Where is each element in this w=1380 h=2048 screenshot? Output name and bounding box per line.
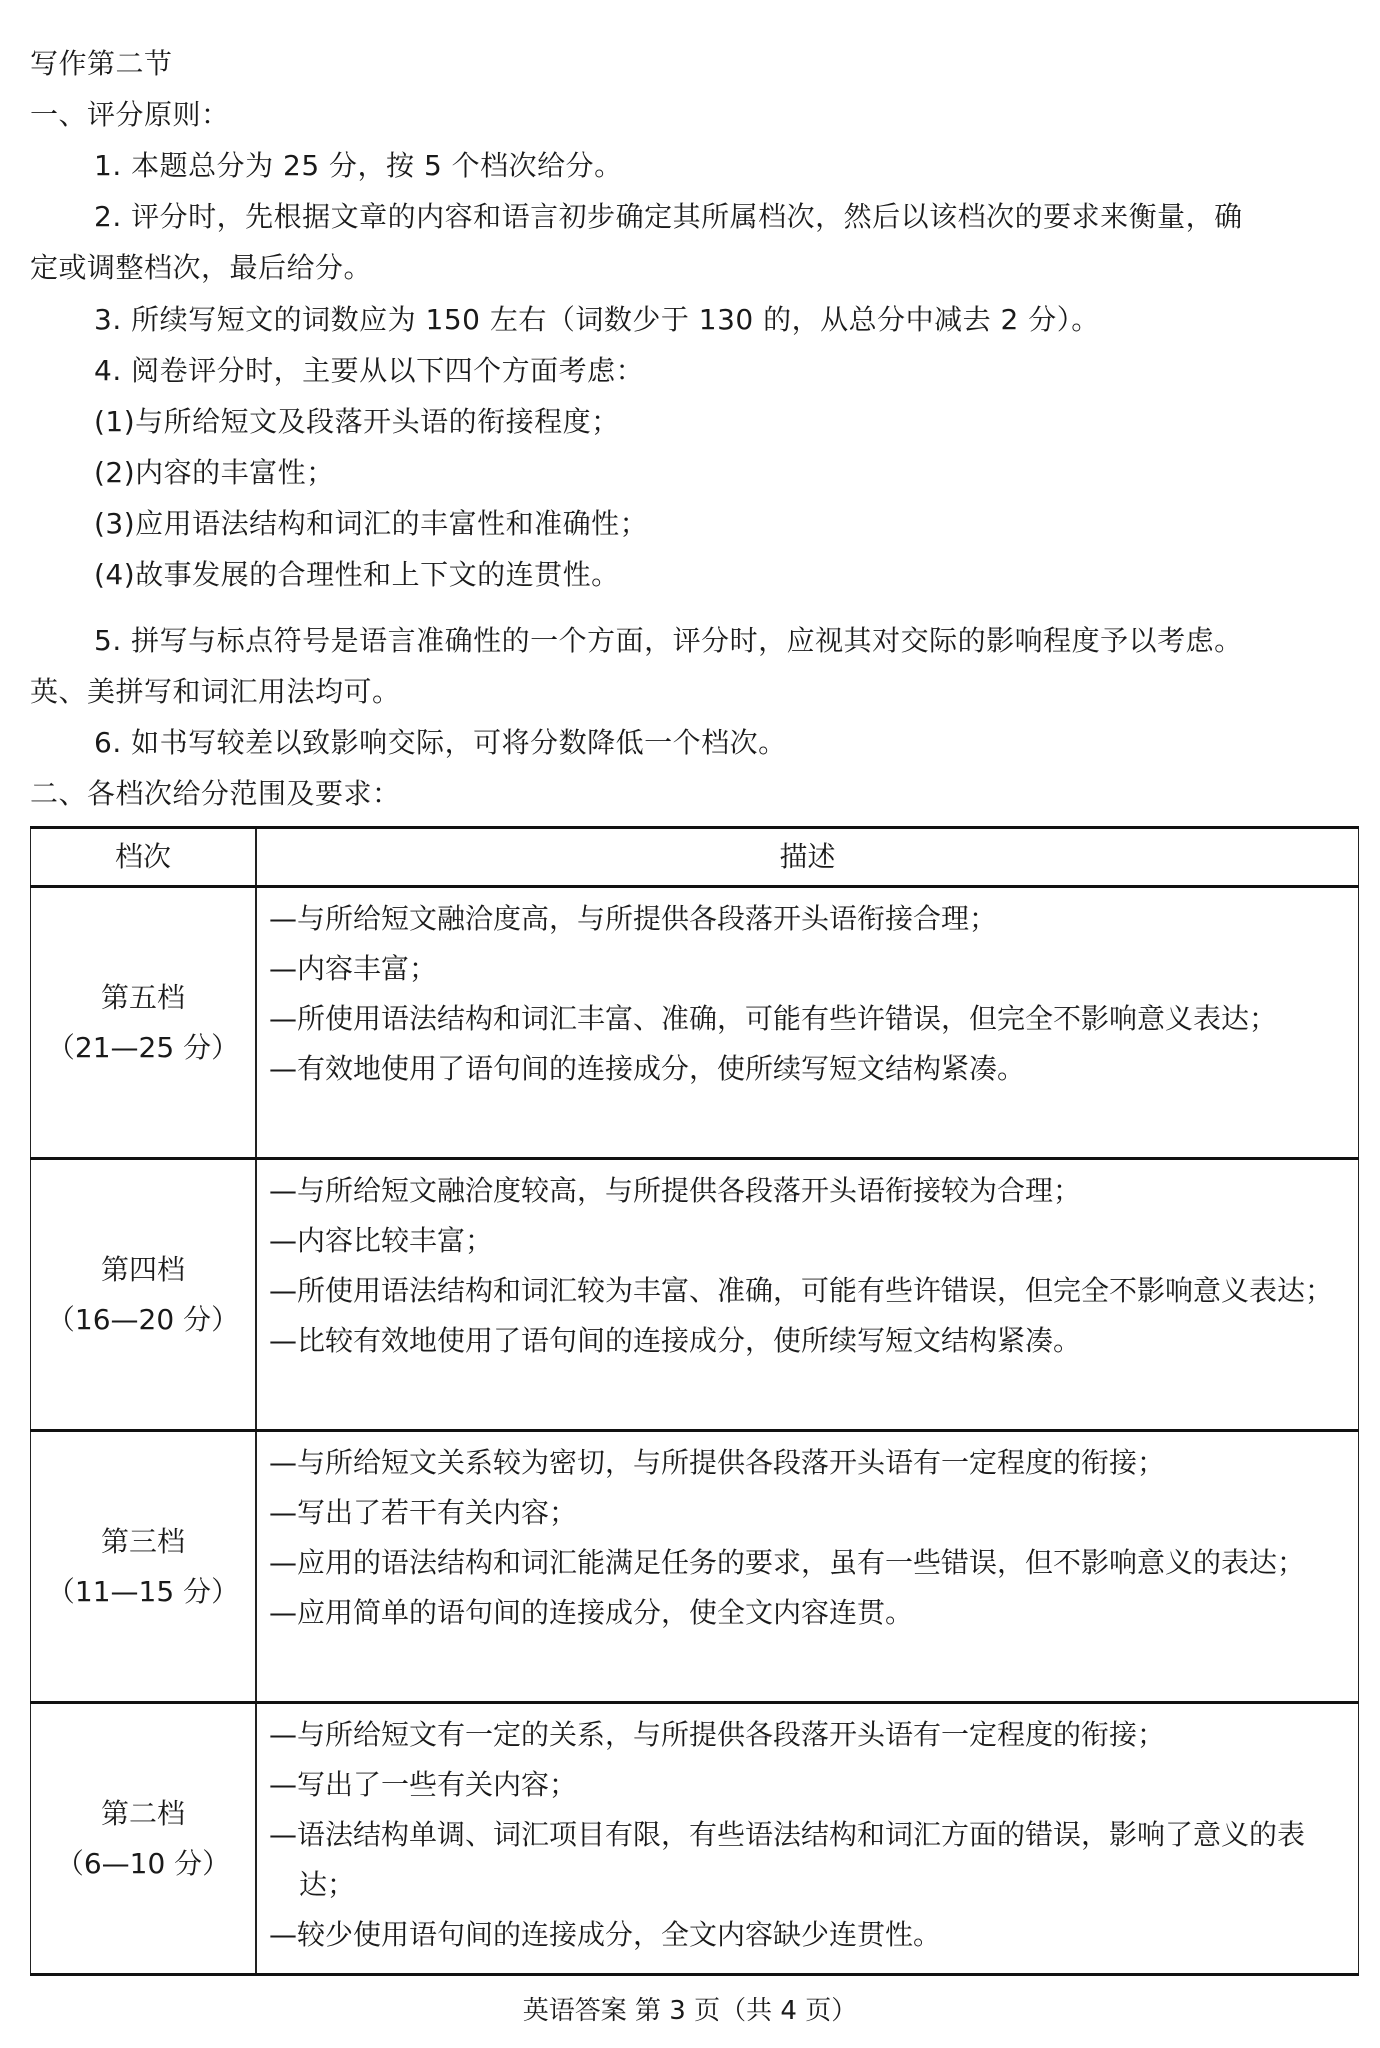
level-range: （16—20 分） (32, 1295, 254, 1345)
table-row-level-2: 第二档 （6—10 分） —与所给短文有一定的关系，与所提供各段落开头语有一定程… (31, 1703, 1359, 1975)
description-item: —语法结构单调、词汇项目有限，有些语法结构和词汇方面的错误，影响了意义的表达； (269, 1810, 1350, 1910)
description-cell: —与所给短文融洽度高，与所提供各段落开头语衔接合理； —内容丰富； —所使用语法… (256, 887, 1359, 1159)
level-cell: 第四档 （16—20 分） (31, 1159, 257, 1431)
rule-6: 6. 如书写较差以致影响交际，可将分数降低一个档次。 (94, 725, 787, 761)
description-item: —与所给短文融洽度高，与所提供各段落开头语衔接合理； (269, 894, 1350, 944)
rule-5: 5. 拼写与标点符号是语言准确性的一个方面，评分时，应视其对交际的影响程度予以考… (94, 623, 1243, 659)
rule-3: 3. 所续写短文的词数应为 150 左右（词数少于 130 的，从总分中减去 2… (94, 302, 1100, 338)
level-cell: 第五档 （21—25 分） (31, 887, 257, 1159)
description-item: —较少使用语句间的连接成分，全文内容缺少连贯性。 (269, 1910, 1350, 1960)
rule-4: 4. 阅卷评分时，主要从以下四个方面考虑： (94, 353, 644, 389)
level-cell: 第三档 （11—15 分） (31, 1431, 257, 1703)
rule-4-item-3: (3)应用语法结构和词汇的丰富性和准确性； (94, 506, 648, 542)
rule-2-cont: 定或调整档次，最后给分。 (30, 250, 372, 286)
rule-2: 2. 评分时，先根据文章的内容和语言初步确定其所属档次，然后以该档次的要求来衡量… (94, 199, 1243, 235)
description-cell: —与所给短文有一定的关系，与所提供各段落开头语有一定程度的衔接； —写出了一些有… (256, 1703, 1359, 1975)
level-range: （6—10 分） (32, 1839, 254, 1889)
level-range: （11—15 分） (32, 1567, 254, 1617)
description-item: —与所给短文关系较为密切，与所提供各段落开头语有一定程度的衔接； (269, 1438, 1350, 1488)
table-row-level-3: 第三档 （11—15 分） —与所给短文关系较为密切，与所提供各段落开头语有一定… (31, 1431, 1359, 1703)
description-item: —内容比较丰富； (269, 1216, 1350, 1266)
description-item: —应用简单的语句间的连接成分，使全文内容连贯。 (269, 1588, 1350, 1638)
rule-4-item-4: (4)故事发展的合理性和上下文的连贯性。 (94, 557, 620, 593)
rule-4-item-1: (1)与所给短文及段落开头语的衔接程度； (94, 404, 620, 440)
section-title: 写作第二节 (30, 46, 173, 82)
part1-heading: 一、评分原则： (30, 97, 230, 133)
header-description: 描述 (256, 828, 1359, 887)
rule-4-item-2: (2)内容的丰富性； (94, 455, 335, 491)
description-item: —应用的语法结构和词汇能满足任务的要求，虽有一些错误，但不影响意义的表达； (269, 1538, 1350, 1588)
level-name: 第四档 (32, 1245, 254, 1295)
level-name: 第二档 (32, 1789, 254, 1839)
description-item: —内容丰富； (269, 944, 1350, 994)
answer-page: 写作第二节 一、评分原则： 1. 本题总分为 25 分，按 5 个档次给分。 2… (0, 0, 1380, 2048)
description-item: —比较有效地使用了语句间的连接成分，使所续写短文结构紧凑。 (269, 1316, 1350, 1366)
description-item: —写出了一些有关内容； (269, 1760, 1350, 1810)
level-cell: 第二档 （6—10 分） (31, 1703, 257, 1975)
description-item: —所使用语法结构和词汇丰富、准确，可能有些许错误，但完全不影响意义表达； (269, 994, 1350, 1044)
description-item: —有效地使用了语句间的连接成分，使所续写短文结构紧凑。 (269, 1044, 1350, 1094)
description-cell: —与所给短文融洽度较高，与所提供各段落开头语衔接较为合理； —内容比较丰富； —… (256, 1159, 1359, 1431)
description-item: —与所给短文融洽度较高，与所提供各段落开头语衔接较为合理； (269, 1166, 1350, 1216)
scoring-table: 档次 描述 第五档 （21—25 分） —与所给短文融洽度高，与所提供各段落开头… (30, 826, 1359, 1976)
description-cell: —与所给短文关系较为密切，与所提供各段落开头语有一定程度的衔接； —写出了若干有… (256, 1431, 1359, 1703)
description-item: —与所给短文有一定的关系，与所提供各段落开头语有一定程度的衔接； (269, 1710, 1350, 1760)
description-item: —写出了若干有关内容； (269, 1488, 1350, 1538)
page-footer: 英语答案 第 3 页（共 4 页） (0, 1990, 1380, 2027)
rule-1: 1. 本题总分为 25 分，按 5 个档次给分。 (94, 148, 623, 184)
part2-heading: 二、各档次给分范围及要求： (30, 776, 401, 812)
table-row-level-5: 第五档 （21—25 分） —与所给短文融洽度高，与所提供各段落开头语衔接合理；… (31, 887, 1359, 1159)
level-name: 第五档 (32, 973, 254, 1023)
header-level: 档次 (31, 828, 257, 887)
level-name: 第三档 (32, 1517, 254, 1567)
table-header-row: 档次 描述 (31, 828, 1359, 887)
table-row-level-4: 第四档 （16—20 分） —与所给短文融洽度较高，与所提供各段落开头语衔接较为… (31, 1159, 1359, 1431)
description-item: —所使用语法结构和词汇较为丰富、准确，可能有些许错误，但完全不影响意义表达； (269, 1266, 1350, 1316)
rule-5-cont: 英、美拼写和词汇用法均可。 (30, 674, 401, 710)
level-range: （21—25 分） (32, 1023, 254, 1073)
